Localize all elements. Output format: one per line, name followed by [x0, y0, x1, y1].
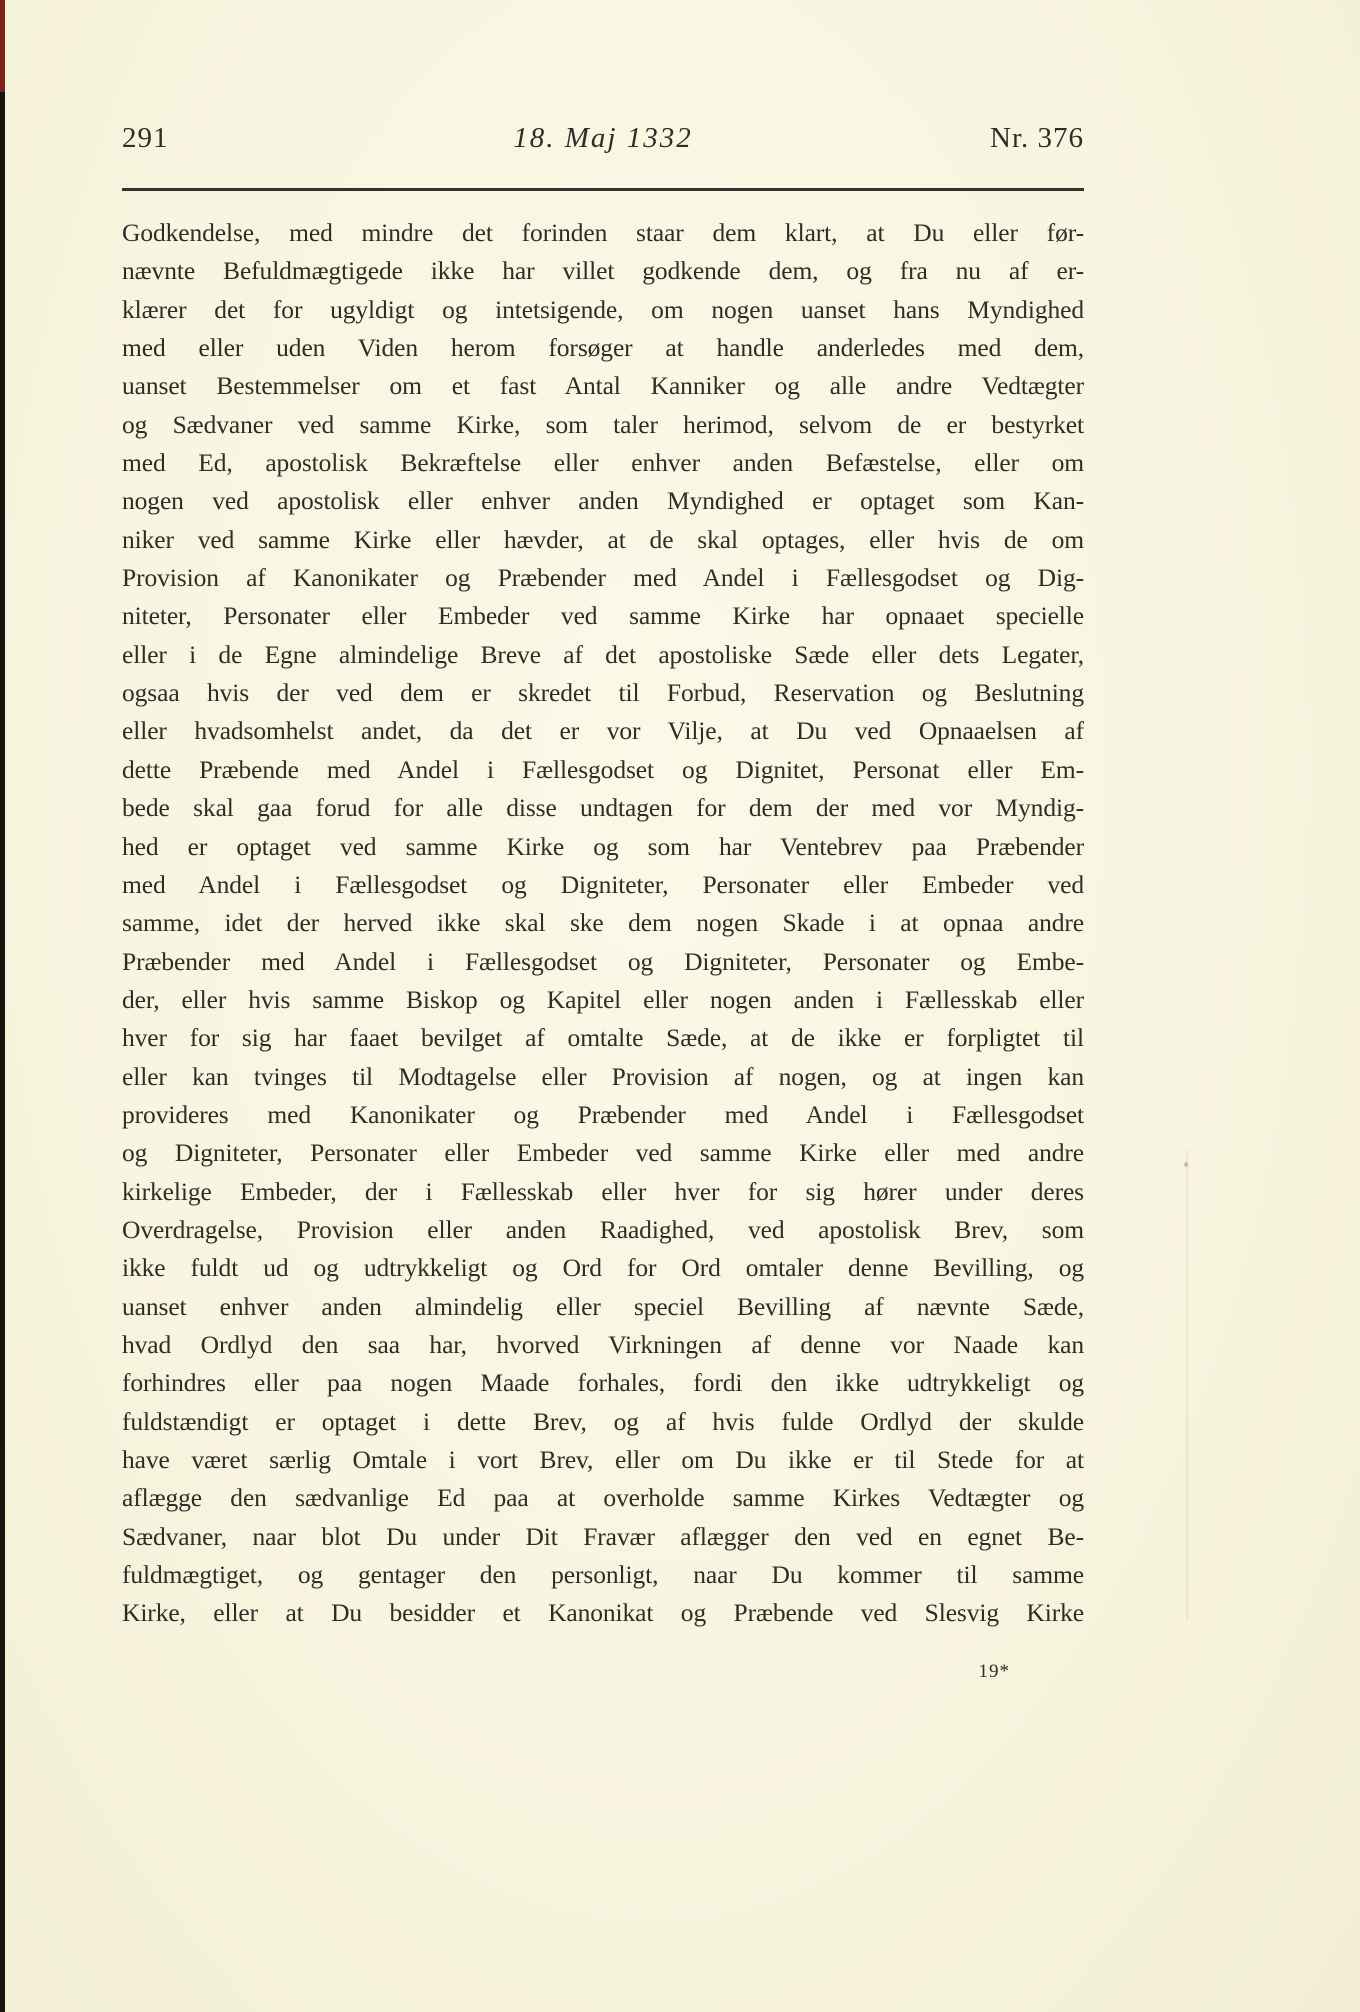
text-line: samme, idet der herved ikke skal ske dem…: [122, 904, 1084, 942]
text-line: forhindres eller paa nogen Maade forhale…: [122, 1364, 1084, 1402]
text-line: med Ed, apostolisk Bekræftelse eller enh…: [122, 444, 1084, 482]
signature-mark: 19*: [979, 1661, 1011, 1682]
text-line: og Digniteter, Personater eller Embeder …: [122, 1134, 1084, 1172]
text-line: nogen ved apostolisk eller enhver anden …: [122, 482, 1084, 520]
book-edge-strip: [0, 0, 5, 2012]
text-line: der, eller hvis samme Biskop og Kapitel …: [122, 981, 1084, 1019]
text-line: Præbender med Andel i Fællesgodset og Di…: [122, 943, 1084, 981]
text-line: fuldstændigt er optaget i dette Brev, og…: [122, 1403, 1084, 1441]
text-line: niker ved samme Kirke eller hævder, at d…: [122, 521, 1084, 559]
text-line: eller hvadsomhelst andet, da det er vor …: [122, 712, 1084, 750]
running-head-number: Nr. 376: [990, 118, 1084, 158]
page-content: 291 18. Maj 1332 Nr. 376 Godkendelse, me…: [122, 118, 1084, 1683]
text-line: Provision af Kanonikater og Præbender me…: [122, 559, 1084, 597]
scanned-book-page: 291 18. Maj 1332 Nr. 376 Godkendelse, me…: [0, 0, 1360, 2012]
text-line: niteter, Personater eller Embeder ved sa…: [122, 597, 1084, 635]
book-edge-red-accent: [0, 0, 5, 92]
text-line: Godkendelse, med mindre det forinden sta…: [122, 214, 1084, 252]
text-line: have været særlig Omtale i vort Brev, el…: [122, 1441, 1084, 1479]
text-line: fuldmægtiget, og gentager den personligt…: [122, 1556, 1084, 1594]
text-line: og Sædvaner ved samme Kirke, som taler h…: [122, 406, 1084, 444]
text-line: hed er optaget ved samme Kirke og som ha…: [122, 828, 1084, 866]
text-line: Overdragelse, Provision eller anden Raad…: [122, 1211, 1084, 1249]
running-head-date: 18. Maj 1332: [122, 118, 1084, 158]
signature-row: 19*: [122, 1661, 1084, 1683]
text-line: Sædvaner, naar blot Du under Dit Fravær …: [122, 1518, 1084, 1556]
scan-speck-artifact: [1184, 1162, 1188, 1167]
running-head: 291 18. Maj 1332 Nr. 376: [122, 118, 1084, 162]
text-line: uanset enhver anden almindelig eller spe…: [122, 1288, 1084, 1326]
text-line: hvad Ordlyd den saa har, hvorved Virknin…: [122, 1326, 1084, 1364]
body-text: Godkendelse, med mindre det forinden sta…: [122, 214, 1084, 1633]
text-line: eller i de Egne almindelige Breve af det…: [122, 636, 1084, 674]
text-line: ikke fuldt ud og udtrykkeligt og Ord for…: [122, 1249, 1084, 1287]
text-line: med Andel i Fællesgodset og Digniteter, …: [122, 866, 1084, 904]
text-line: kirkelige Embeder, der i Fællesskab elle…: [122, 1173, 1084, 1211]
text-line: ogsaa hvis der ved dem er skredet til Fo…: [122, 674, 1084, 712]
text-line: hver for sig har faaet bevilget af omtal…: [122, 1019, 1084, 1057]
text-line: klærer det for ugyldigt og intetsigende,…: [122, 291, 1084, 329]
text-line: nævnte Befuldmægtigede ikke har villet g…: [122, 252, 1084, 290]
header-rule: [122, 188, 1084, 191]
text-line: aflægge den sædvanlige Ed paa at overhol…: [122, 1479, 1084, 1517]
text-line: Kirke, eller at Du besidder et Kanonikat…: [122, 1594, 1084, 1632]
text-line: dette Præbende med Andel i Fællesgodset …: [122, 751, 1084, 789]
text-line: eller kan tvinges til Modtagelse eller P…: [122, 1058, 1084, 1096]
text-line: med eller uden Viden herom forsøger at h…: [122, 329, 1084, 367]
scan-crease-artifact: [1186, 1150, 1188, 1620]
text-line: provideres med Kanonikater og Præbender …: [122, 1096, 1084, 1134]
text-line: bede skal gaa forud for alle disse undta…: [122, 789, 1084, 827]
text-line: uanset Bestemmelser om et fast Antal Kan…: [122, 367, 1084, 405]
